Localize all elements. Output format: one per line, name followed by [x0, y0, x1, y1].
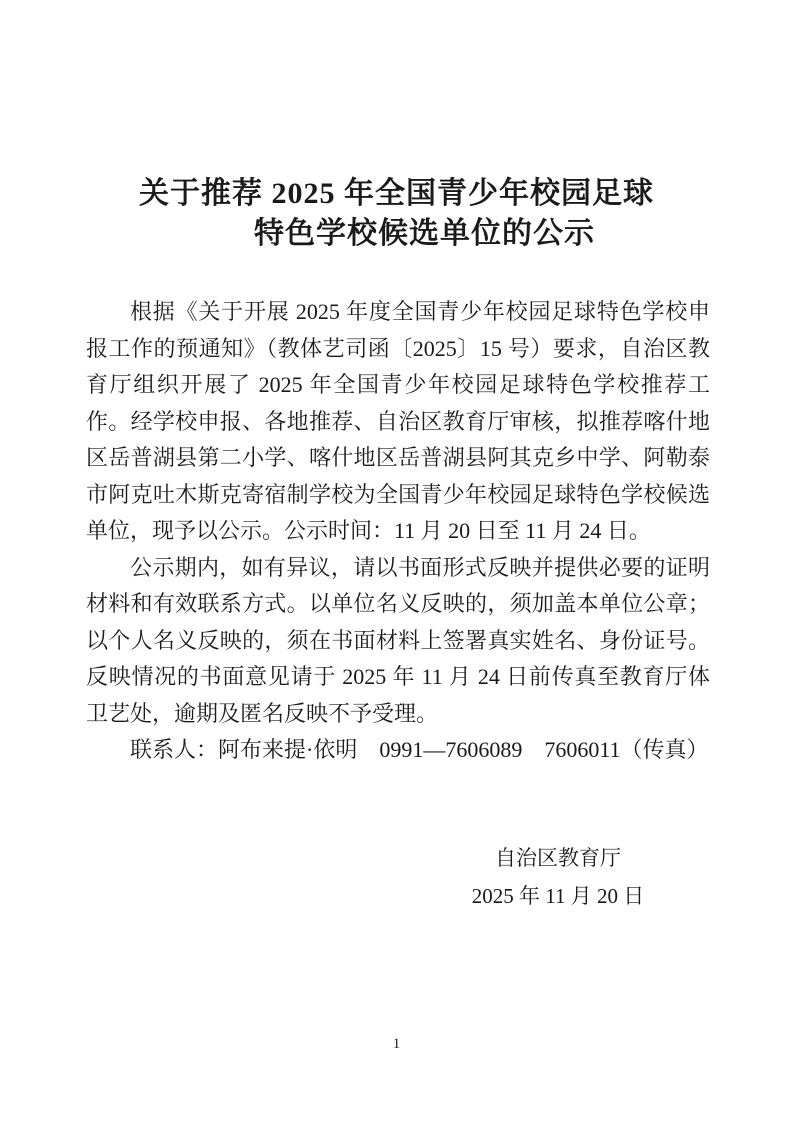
page-number: 1	[0, 1036, 793, 1053]
signature-date: 2025 年 11 月 20 日	[443, 877, 673, 915]
document-page: 关于推荐 2025 年全国青少年校园足球 特色学校候选单位的公示 根据《关于开展…	[0, 0, 793, 1122]
paragraph-objection-procedure: 公示期内，如有异议，请以书面形式反映并提供必要的证明材料和有效联系方式。以单位名…	[86, 550, 710, 733]
document-body: 根据《关于开展 2025 年度全国青少年校园足球特色学校申报工作的预通知》（教体…	[86, 294, 710, 769]
document-title: 关于推荐 2025 年全国青少年校园足球 特色学校候选单位的公示	[0, 0, 793, 254]
document-title-line1: 关于推荐 2025 年全国青少年校园足球	[0, 174, 793, 214]
paragraph-intro: 根据《关于开展 2025 年度全国青少年校园足球特色学校申报工作的预通知》（教体…	[86, 294, 710, 550]
contact-line: 联系人：阿布来提·依明 0991—7606089 7606011（传真）	[86, 732, 710, 769]
signer-organization: 自治区教育厅	[443, 839, 673, 877]
document-title-line2: 特色学校候选单位的公示	[0, 214, 793, 254]
signature-block: 自治区教育厅 2025 年 11 月 20 日	[443, 839, 673, 915]
